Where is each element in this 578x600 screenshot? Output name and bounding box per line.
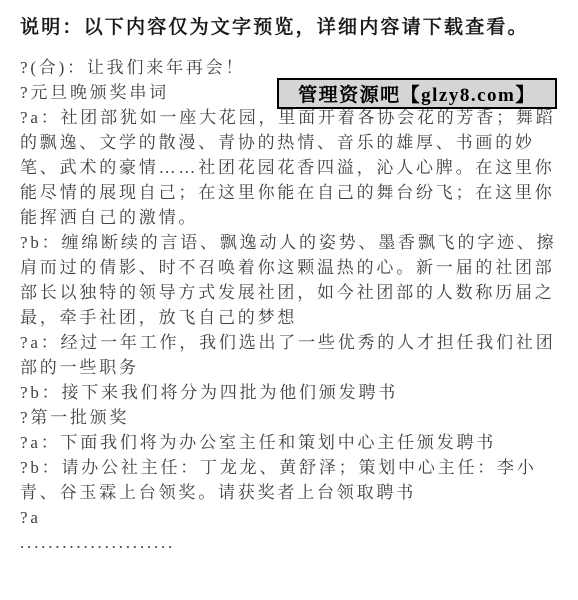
preview-text-line: 的飘逸、文学的散漫、青协的热情、音乐的雄厚、书画的妙 <box>20 130 578 155</box>
preview-text-line: ?第一批颁奖 <box>20 405 578 430</box>
preview-text-line: ?(合)：让我们来年再会！ <box>20 55 578 80</box>
preview-text-line: 部长以独特的领导方式发展社团，如今社团部的人数称历届之 <box>20 280 578 305</box>
preview-notice: 说明：以下内容仅为文字预览，详细内容请下载查看。 <box>20 12 529 39</box>
preview-text-line: ?a：经过一年工作，我们选出了一些优秀的人才担任我们社团 <box>20 330 578 355</box>
preview-text-line: 能尽情的展现自己；在这里你能在自己的舞台纷飞；在这里你 <box>20 180 578 205</box>
preview-text-line: ?b：接下来我们将分为四批为他们颁发聘书 <box>20 380 578 405</box>
preview-text-line: 部的一些职务 <box>20 355 578 380</box>
document-preview-page: 说明：以下内容仅为文字预览，详细内容请下载查看。 ?(合)：让我们来年再会！ ?… <box>0 0 578 600</box>
preview-text-line: 能挥洒自己的激情。 <box>20 205 578 230</box>
preview-text-line: ?b：缠绵断续的言语、飘逸动人的姿势、墨香飘飞的字迹、擦 <box>20 230 578 255</box>
watermark-badge: 管理资源吧【glzy8.com】 <box>277 78 557 109</box>
preview-text-line: ...................... <box>20 530 578 555</box>
preview-text: ?(合)：让我们来年再会！ ?元旦晚颁奖串词 ?a：社团部犹如一座大花园，里面开… <box>20 55 578 555</box>
preview-text-line: 最，牵手社团，放飞自己的梦想 <box>20 305 578 330</box>
preview-text-line: ?a：下面我们将为办公室主任和策划中心主任颁发聘书 <box>20 430 578 455</box>
preview-text-line: 青、谷玉霖上台领奖。请获奖者上台领取聘书 <box>20 480 578 505</box>
preview-text-line: 笔、武术的豪情……社团花园花香四溢，沁人心脾。在这里你 <box>20 155 578 180</box>
watermark-text: 管理资源吧【glzy8.com】 <box>298 80 536 107</box>
preview-text-line: ?a <box>20 505 578 530</box>
preview-text-line: ?b：请办公社主任：丁龙龙、黄舒泽；策划中心主任：李小 <box>20 455 578 480</box>
preview-text-line: 肩而过的倩影、时不召唤着你这颗温热的心。新一届的社团部 <box>20 255 578 280</box>
